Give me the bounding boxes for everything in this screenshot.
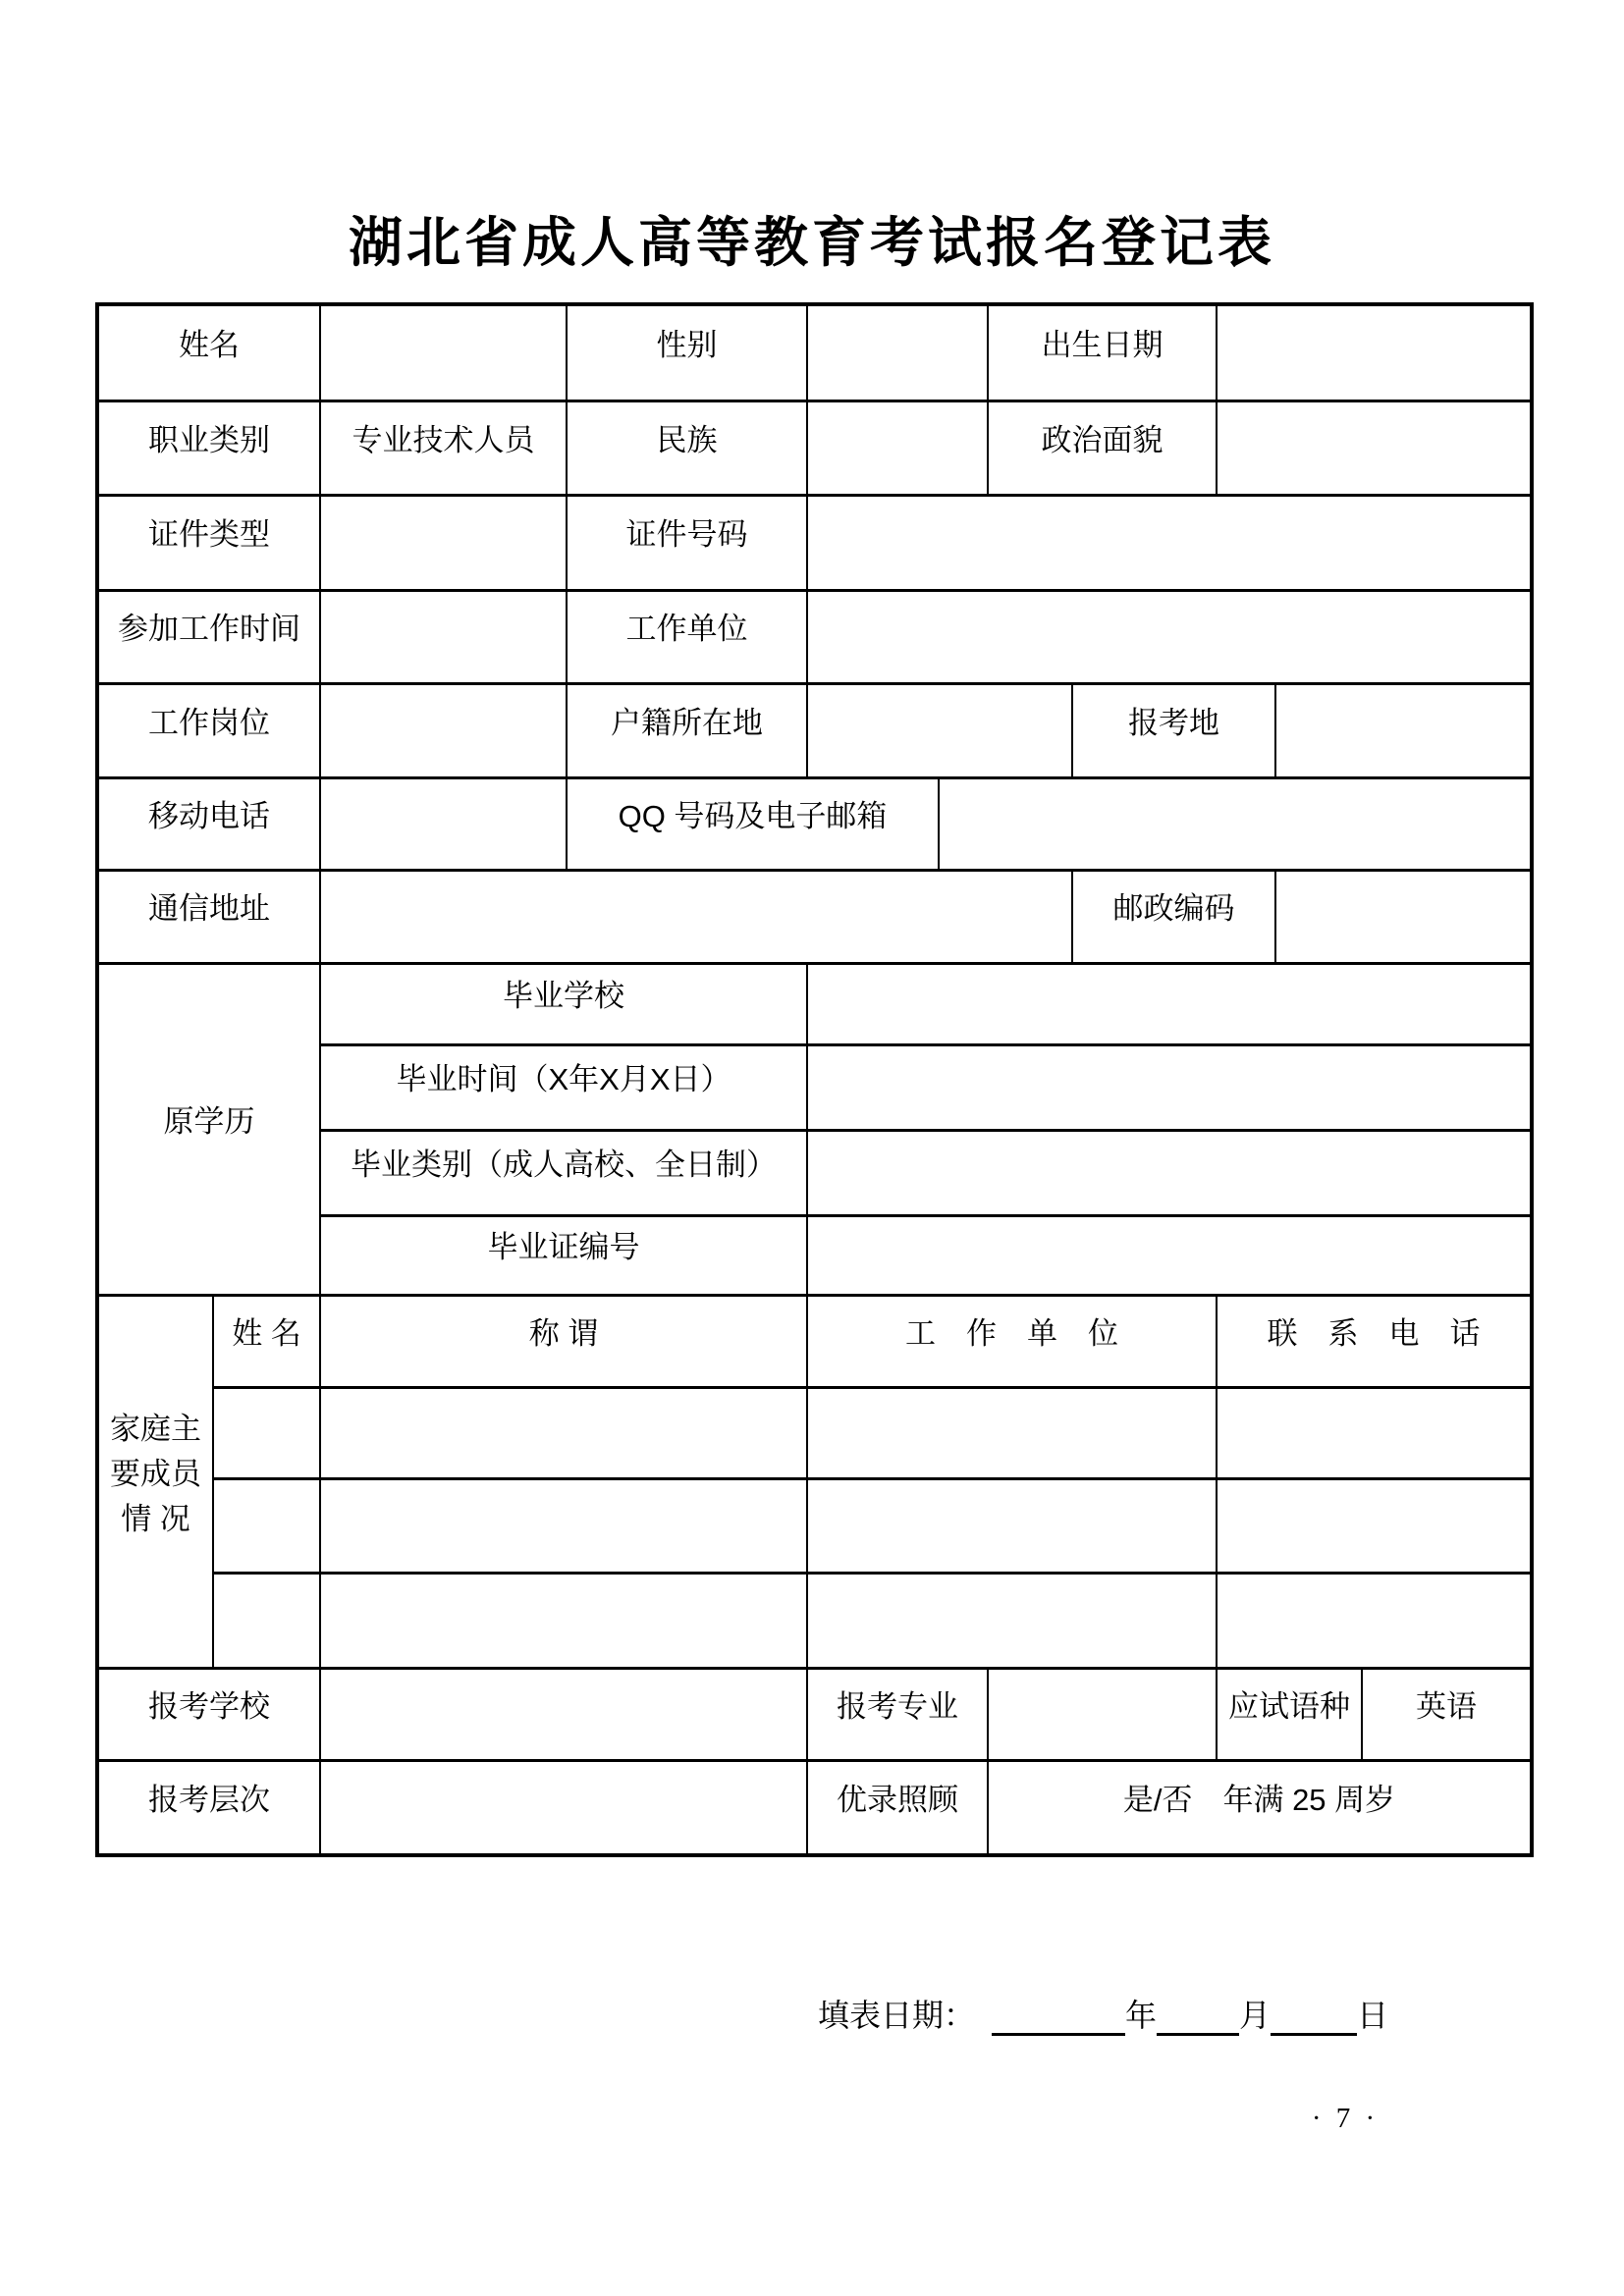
row-id: 证件类型 证件号码	[97, 495, 1532, 590]
registration-form-table: 姓名 性别 出生日期 职业类别 专业技术人员 民族 政治面貌 证件类型 证件号码	[95, 302, 1534, 1857]
document-page: 湖北省成人高等教育考试报名登记表 姓名 性别 出生日期 职业类别 专业技术人员 …	[0, 0, 1624, 2296]
field-family1-relation	[320, 1387, 807, 1478]
value-occupation-type: 专业技术人员	[320, 400, 567, 495]
field-family2-employer	[807, 1478, 1217, 1573]
date-year-blank	[992, 2001, 1125, 2036]
field-work-start-time	[320, 590, 567, 683]
label-exam-language: 应试语种	[1217, 1668, 1362, 1760]
label-exam-location: 报考地	[1072, 683, 1275, 777]
field-employer	[807, 590, 1532, 683]
field-id-number	[807, 495, 1532, 590]
field-qq-email	[939, 777, 1532, 870]
row-family-member-1	[97, 1387, 1532, 1478]
row-edu-school: 原学历 毕业学校	[97, 963, 1532, 1044]
date-year-unit: 年	[1125, 1998, 1157, 2033]
label-job-position: 工作岗位	[97, 683, 320, 777]
label-ethnicity: 民族	[567, 400, 807, 495]
field-job-position	[320, 683, 567, 777]
field-mobile-phone	[320, 777, 567, 870]
field-family2-name	[213, 1478, 320, 1573]
label-gender: 性别	[567, 304, 807, 400]
row-family-member-2	[97, 1478, 1532, 1573]
label-qq-email: QQ 号码及电子邮箱	[567, 777, 939, 870]
row-family-member-3	[97, 1573, 1532, 1668]
field-graduation-time	[807, 1044, 1532, 1130]
row-work: 参加工作时间 工作单位	[97, 590, 1532, 683]
field-gender	[807, 304, 988, 400]
date-line-label: 填表日期：	[818, 1998, 975, 2033]
row-phone-qq: 移动电话 QQ 号码及电子邮箱	[97, 777, 1532, 870]
family-group-line-2: 要成员	[101, 1452, 210, 1497]
field-family2-phone	[1217, 1478, 1532, 1573]
field-diploma-number	[807, 1215, 1532, 1295]
value-exam-language: 英语	[1362, 1668, 1532, 1760]
label-work-start-time: 参加工作时间	[97, 590, 320, 683]
label-birth-date: 出生日期	[988, 304, 1217, 400]
field-graduation-type	[807, 1130, 1532, 1215]
label-family-members-group: 家庭主 要成员 情 况	[97, 1295, 213, 1668]
header-family-relation: 称 谓	[320, 1295, 807, 1387]
value-preferential: 是/否 年满 25 周岁	[988, 1760, 1532, 1855]
label-political-status: 政治面貌	[988, 400, 1217, 495]
field-apply-school	[320, 1668, 807, 1760]
date-line: 填表日期：年月日	[818, 1991, 1388, 2036]
label-graduation-time: 毕业时间（X年X月X日）	[320, 1044, 807, 1130]
row-occupation-ethnicity-political: 职业类别 专业技术人员 民族 政治面貌	[97, 400, 1532, 495]
header-family-phone: 联 系 电 话	[1217, 1295, 1532, 1387]
label-diploma-number: 毕业证编号	[320, 1215, 807, 1295]
label-apply-level: 报考层次	[97, 1760, 320, 1855]
row-apply-school: 报考学校 报考专业 应试语种 英语	[97, 1668, 1532, 1760]
row-address: 通信地址 邮政编码	[97, 870, 1532, 963]
page-number: · 7 ·	[1301, 2103, 1389, 2135]
label-apply-school: 报考学校	[97, 1668, 320, 1760]
label-graduation-school: 毕业学校	[320, 963, 807, 1044]
field-family1-employer	[807, 1387, 1217, 1478]
field-mailing-address	[320, 870, 1072, 963]
field-id-type	[320, 495, 567, 590]
label-apply-major: 报考专业	[807, 1668, 988, 1760]
label-mailing-address: 通信地址	[97, 870, 320, 963]
label-id-number: 证件号码	[567, 495, 807, 590]
header-family-name: 姓 名	[213, 1295, 320, 1387]
label-household-location: 户籍所在地	[567, 683, 807, 777]
date-month-unit: 月	[1239, 1998, 1271, 2033]
page-title: 湖北省成人高等教育考试报名登记表	[0, 199, 1624, 277]
field-name	[320, 304, 567, 400]
field-exam-location	[1275, 683, 1532, 777]
family-group-line-3: 情 况	[101, 1497, 210, 1542]
field-apply-level	[320, 1760, 807, 1855]
field-family1-name	[213, 1387, 320, 1478]
row-position-household: 工作岗位 户籍所在地 报考地	[97, 683, 1532, 777]
date-day-unit: 日	[1357, 1998, 1388, 2033]
field-ethnicity	[807, 400, 988, 495]
field-political-status	[1217, 400, 1532, 495]
field-family2-relation	[320, 1478, 807, 1573]
label-employer: 工作单位	[567, 590, 807, 683]
field-family1-phone	[1217, 1387, 1532, 1478]
label-previous-education-group: 原学历	[97, 963, 320, 1295]
field-family3-relation	[320, 1573, 807, 1668]
field-graduation-school	[807, 963, 1532, 1044]
row-family-header: 家庭主 要成员 情 况 姓 名 称 谓 工 作 单 位 联 系 电 话	[97, 1295, 1532, 1387]
field-family3-phone	[1217, 1573, 1532, 1668]
label-graduation-type: 毕业类别（成人高校、全日制）	[320, 1130, 807, 1215]
field-household-location	[807, 683, 1072, 777]
label-postal-code: 邮政编码	[1072, 870, 1275, 963]
header-family-employer: 工 作 单 位	[807, 1295, 1217, 1387]
label-mobile-phone: 移动电话	[97, 777, 320, 870]
label-name: 姓名	[97, 304, 320, 400]
field-family3-employer	[807, 1573, 1217, 1668]
field-apply-major	[988, 1668, 1217, 1760]
label-occupation-type: 职业类别	[97, 400, 320, 495]
family-group-line-1: 家庭主	[101, 1407, 210, 1452]
field-birth-date	[1217, 304, 1532, 400]
label-preferential: 优录照顾	[807, 1760, 988, 1855]
date-month-blank	[1157, 2001, 1239, 2036]
row-apply-level: 报考层次 优录照顾 是/否 年满 25 周岁	[97, 1760, 1532, 1855]
field-family3-name	[213, 1573, 320, 1668]
date-day-blank	[1271, 2001, 1357, 2036]
row-name-gender-birth: 姓名 性别 出生日期	[97, 304, 1532, 400]
label-id-type: 证件类型	[97, 495, 320, 590]
field-postal-code	[1275, 870, 1532, 963]
